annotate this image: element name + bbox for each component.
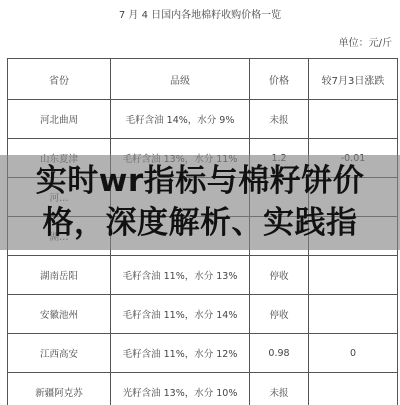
headline-overlay: 实时wr指标与棉籽饼价 格，深度解析、实践指 bbox=[0, 160, 400, 244]
header-price: 价格 bbox=[250, 59, 309, 100]
table-row: 江西高安 毛籽含油 11%，水分 12% 0.98 0 bbox=[8, 334, 398, 373]
cell-change bbox=[309, 295, 398, 334]
cell-change bbox=[309, 256, 398, 295]
table-header-row: 省份 品级 价格 较7月3日涨跌 bbox=[8, 59, 398, 100]
headline-line-1: 实时wr指标与棉籽饼价 bbox=[0, 160, 400, 202]
table-row: 安徽池州 毛籽含油 11%，水分 14% 停收 bbox=[8, 295, 398, 334]
cell-province: 新疆阿克苏 bbox=[8, 373, 111, 405]
cell-price: 未报 bbox=[250, 373, 309, 405]
header-province: 省份 bbox=[8, 59, 111, 100]
cell-change bbox=[309, 100, 398, 139]
table-row: 湖南岳阳 毛籽含油 11%，水分 13% 停收 bbox=[8, 256, 398, 295]
cell-province: 河北曲周 bbox=[8, 100, 111, 139]
cell-grade: 毛籽含油 14%，水分 9% bbox=[111, 100, 250, 139]
cell-price: 停收 bbox=[250, 256, 309, 295]
cell-price: 0.98 bbox=[250, 334, 309, 373]
cell-grade: 毛籽含油 11%，水分 13% bbox=[111, 256, 250, 295]
headline-line-2: 格，深度解析、实践指 bbox=[0, 202, 400, 244]
table-row: 河北曲周 毛籽含油 14%，水分 9% 未报 bbox=[8, 100, 398, 139]
header-grade: 品级 bbox=[111, 59, 250, 100]
cell-grade: 毛籽含油 11%，水分 12% bbox=[111, 334, 250, 373]
cell-change: 0 bbox=[309, 334, 398, 373]
cell-price: 停收 bbox=[250, 295, 309, 334]
cell-grade: 光籽含油 13%，水分 10% bbox=[111, 373, 250, 405]
cell-grade: 毛籽含油 11%，水分 14% bbox=[111, 295, 250, 334]
cell-province: 江西高安 bbox=[8, 334, 111, 373]
unit-label: 单位：元/斤 bbox=[339, 34, 392, 49]
cell-price: 未报 bbox=[250, 100, 309, 139]
cell-change bbox=[309, 373, 398, 405]
cell-province: 湖南岳阳 bbox=[8, 256, 111, 295]
table-row: 新疆阿克苏 光籽含油 13%，水分 10% 未报 bbox=[8, 373, 398, 405]
cell-province: 安徽池州 bbox=[8, 295, 111, 334]
header-change: 较7月3日涨跌 bbox=[309, 59, 398, 100]
document-title: 7 月 4 日国内各地棉籽收购价格一览 bbox=[0, 6, 400, 21]
